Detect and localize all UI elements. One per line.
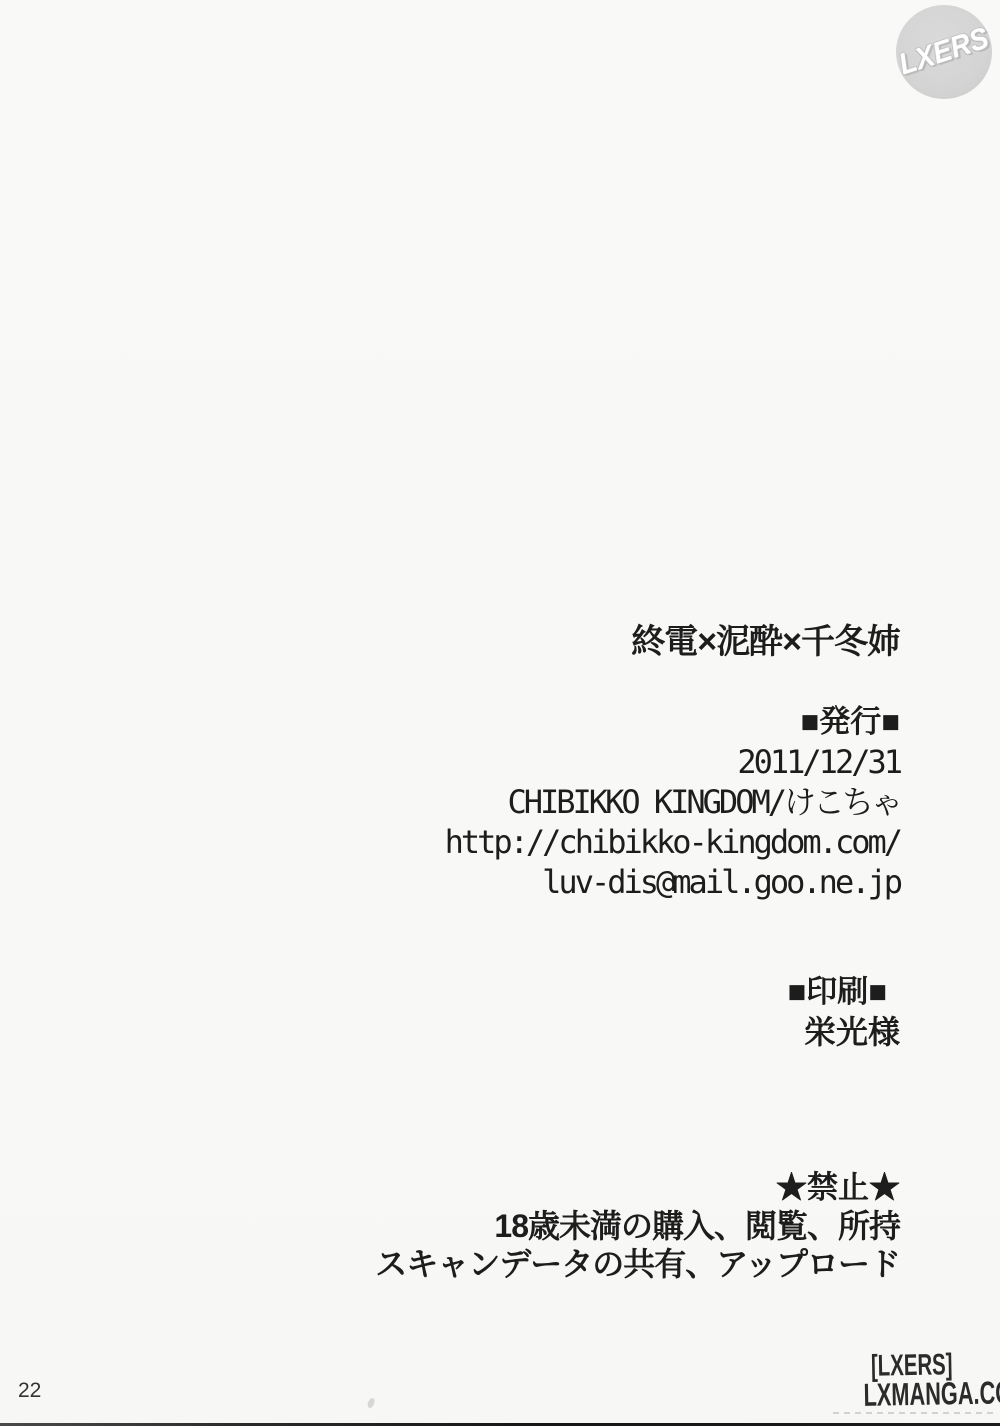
scan-artifact-line	[833, 1412, 995, 1414]
publish-date: 2011/12/31	[445, 742, 900, 782]
doujin-title: 終電×泥酔×千冬姉	[631, 622, 900, 662]
publish-section: ■発行■ 2011/12/31 CHIBIKKO KINGDOM/けこちゃ ht…	[445, 702, 900, 902]
prohibition-header: ★禁止★	[375, 1169, 900, 1207]
prohibition-section: ★禁止★ 18歳未満の購入、閲覧、所持 スキャンデータの共有、アップロード	[375, 1169, 900, 1283]
stamp-site-url: LXMANGA.COM	[863, 1379, 1000, 1409]
lxers-site-stamp: [LXERS] LXMANGA.COM	[823, 1348, 1000, 1411]
circle-author-name: CHIBIKKO KINGDOM/けこちゃ	[445, 782, 900, 822]
scan-artifact-speck	[366, 1397, 375, 1408]
stamp-site-url-wrap: LXMANGA.COM	[824, 1379, 1000, 1411]
lxers-logo-watermark: LXERS	[896, 5, 992, 99]
lxers-logo-text: LXERS	[895, 22, 993, 83]
publish-section-header: ■発行■	[445, 702, 900, 742]
print-section: ■印刷■ 栄光様	[788, 972, 900, 1052]
website-url: http://chibikko-kingdom.com/	[445, 822, 900, 862]
prohibition-line-2: スキャンデータの共有、アップロード	[375, 1245, 900, 1283]
email-address: luv-dis@mail.goo.ne.jp	[445, 862, 900, 902]
scanned-page: LXERS 終電×泥酔×千冬姉 ■発行■ 2011/12/31 CHIBIKKO…	[0, 0, 1000, 1426]
prohibition-line-1: 18歳未満の購入、閲覧、所持	[375, 1207, 900, 1245]
print-section-header: ■印刷■	[788, 972, 900, 1012]
page-number: 22	[18, 1379, 41, 1403]
printer-name: 栄光様	[788, 1012, 900, 1052]
